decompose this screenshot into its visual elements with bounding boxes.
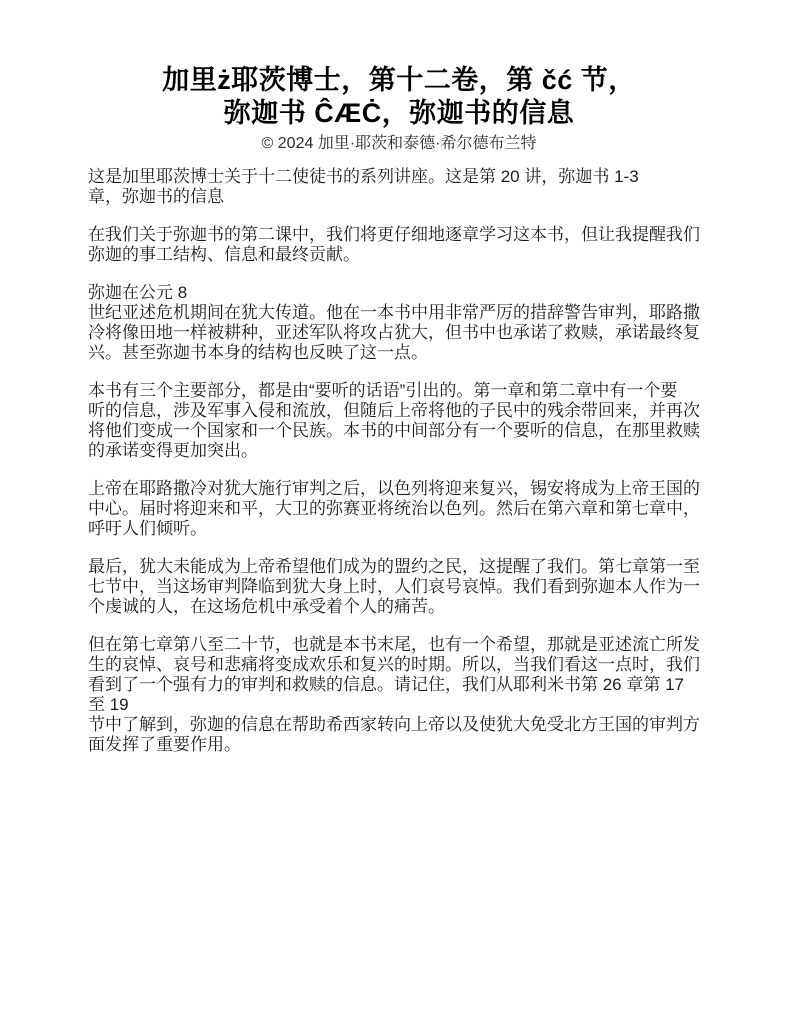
paragraph-2: 在我们关于弥迦书的第二课中，我们将更仔细地逐章学习这本书，但让我提醒我们 弥迦的… bbox=[88, 225, 710, 265]
title-line-2: 弥迦书 ĈÆĊ，弥迦书的信息 bbox=[224, 98, 575, 128]
paragraph-4: 本书有三个主要部分，都是由“要听的话语”引出的。第一章和第二章中有一个要 听的信… bbox=[88, 381, 710, 461]
paragraph-5: 上帝在耶路撒冷对犹大施行审判之后，以色列将迎来复兴，锡安将成为上帝王国的 中心。… bbox=[88, 479, 710, 539]
page-title: 加里ż耶茨博士，第十二卷，第 čć 节，弥迦书 ĈÆĊ，弥迦书的信息 bbox=[88, 64, 710, 130]
paragraph-7: 但在第七章第八至二十节，也就是本书末尾，也有一个希望，那就是亚述流亡所发 生的哀… bbox=[88, 635, 710, 755]
paragraph-3: 弥迦在公元 8 世纪亚述危机期间在犹大传道。他在一本书中用非常严厉的措辞警告审判… bbox=[88, 283, 710, 363]
document-body: 这是加里耶茨博士关于十二使徒书的系列讲座。这是第 20 讲，弥迦书 1-3 章，… bbox=[88, 167, 710, 755]
title-line-1: 加里ż耶茨博士，第十二卷，第 čć 节， bbox=[162, 65, 636, 95]
paragraph-6: 最后，犹大未能成为上帝希望他们成为的盟约之民，这提醒了我们。第七章第一至 七节中… bbox=[88, 557, 710, 617]
paragraph-1: 这是加里耶茨博士关于十二使徒书的系列讲座。这是第 20 讲，弥迦书 1-3 章，… bbox=[88, 167, 710, 207]
document-page: 加里ż耶茨博士，第十二卷，第 čć 节，弥迦书 ĈÆĊ，弥迦书的信息 © 202… bbox=[0, 0, 794, 1024]
copyright-line: © 2024 加里·耶茨和泰德·希尔德布兰特 bbox=[88, 133, 710, 154]
